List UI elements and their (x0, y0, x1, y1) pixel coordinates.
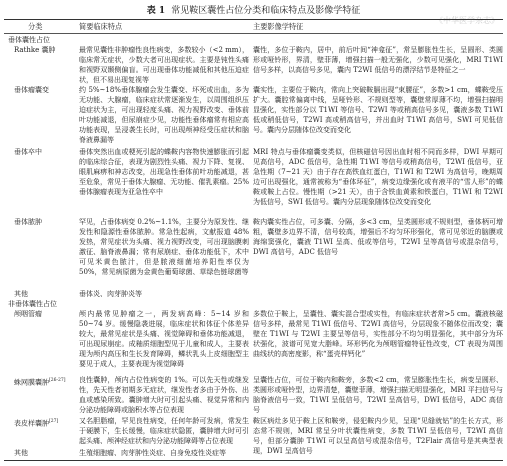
category-cell: 其他 (14, 449, 28, 459)
clinical-cell: 垂体突然出血或梗死引起的蝶鞍内容物快速膨胀而引起的临床综合征，表现为剧烈性头痛、… (79, 148, 249, 198)
clinical-cell: 良性囊肿，颅内占位性病变的 1%。可以先天性或继发性，先天性者初期多无症状，继发… (79, 376, 249, 416)
citation-ref: [26-27] (49, 378, 65, 383)
category-cell: 垂体卒中 (14, 148, 42, 158)
clinical-cell: 罕见，占垂体病变 0.2%~1.1%，主要分为原发性、继发性和隐源性垂体脓肿。常… (79, 218, 249, 277)
clinical-cell: 最常见囊性非肿瘤性良性病变，多数较小（<2 mm），临床常无症状，少数大者可出现… (79, 46, 249, 86)
imaging-cell: 呈囊性占位，可位于鞍内和鞍旁，多数<2 cm，常呈膨胀性生长，病变呈圆形、类圆形… (253, 376, 503, 416)
category-label: 表皮样囊肿 (14, 419, 49, 427)
table-title: 常见鞍区囊性占位分类和临床特点及影像学特征 (171, 6, 360, 16)
imaging-cell: 鞍区病灶多见于鞍上区和鞍旁，侵犯鞍内少见，呈现“见缝就钻”的生长方式，形态常不规… (253, 417, 503, 457)
category-cell: 颅咽管瘤 (14, 310, 42, 320)
clinical-cell: 又名胆脂瘤，罕见良性病变，任何年龄可发病，常发生于硬膜下，生长缓慢，临床症状隐匿… (79, 417, 249, 447)
imaging-cell: 囊实性，主要位于鞍内，常向上突破鞍膈出现“束腰征”，多数>1 cm，蝶鞍受压扩大… (253, 86, 503, 136)
table-caption: 表 1常见鞍区囊性占位分类和临床特点及影像学特征 (0, 3, 507, 16)
top-rule (4, 19, 503, 20)
clinical-cell: 生殖细胞瘤、肉芽肿性炎症、自身免疫性炎症等 (79, 449, 249, 459)
imaging-cell: MRI 特点与垂体瘤囊变类似，但核磁信号因出血时相不同而多样，DWI 早期可见高… (253, 148, 503, 207)
clinical-cell: 颅内最常见肿瘤之一，两发病高峰：5~14 岁和 50~74 岁。缓慢隐袭进展，临… (79, 310, 249, 369)
imaging-cell: 多数位于鞍上，呈囊性、囊实混合型或实性，有临床症状者常>5 cm。囊液核磁信号多… (253, 310, 503, 360)
header-clinical: 简要临床特点 (79, 22, 122, 32)
group-label: 非垂体囊性占位 (8, 300, 57, 310)
group-label: 垂体囊性占位 (8, 36, 50, 46)
imaging-cell: 囊性，多位于鞍内，居中，前后叶间“神龛征”，常呈膨胀性生长，呈圆形、类圆形或哑铃… (253, 46, 503, 76)
category-cell: 垂体脓肿 (14, 218, 42, 228)
header-category: 分类 (28, 22, 42, 32)
citation-ref: [27] (49, 419, 58, 424)
header-imaging: 主要影像学特征 (253, 22, 303, 32)
table-label: 表 1 (147, 6, 165, 16)
category-label: 蛛网膜囊肿 (14, 378, 49, 386)
table-figure: 表 1常见鞍区囊性占位分类和临床特点及影像学特征 《中华医学杂志》 分类 简要临… (0, 0, 507, 466)
header-rule (4, 33, 503, 34)
imaging-cell: 鞍内囊实性占位，可多囊、分隔，多<3 cm，呈类圆形或不规则型，垂体柄可增粗，囊… (253, 218, 503, 258)
clinical-cell: 垂体炎、肉芽肿炎等 (79, 290, 249, 300)
journal-watermark: 《中华医学杂志》 (435, 15, 499, 26)
category-cell: 蛛网膜囊肿[26-27] (14, 376, 65, 388)
category-cell: 表皮样囊肿[27] (14, 417, 58, 429)
clinical-cell: 约 5%~18%垂体腺瘤会发生囊变、坏死或出血，多为无功能、大腺瘤，临床症状常逐… (79, 86, 249, 145)
bottom-rule (4, 460, 503, 461)
category-cell: 其他 (14, 290, 28, 300)
category-cell: Rathke 囊肿 (14, 46, 56, 56)
category-cell: 垂体瘤囊变 (14, 86, 49, 96)
